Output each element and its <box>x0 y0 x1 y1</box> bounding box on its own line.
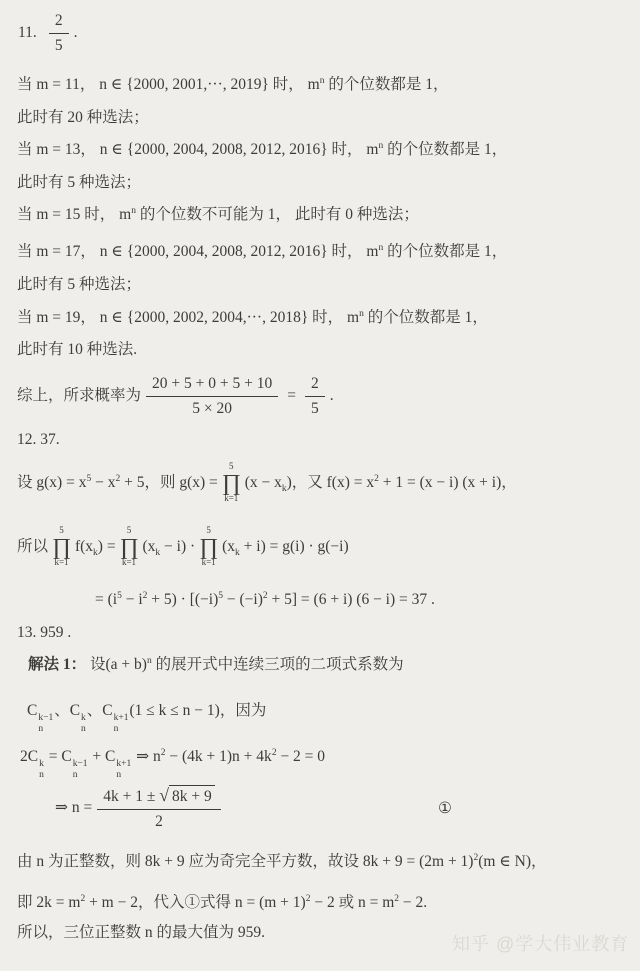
p11-case-m13: 当 m = 13， n ∈ {2000, 2004, 2008, 2012, 2… <box>17 139 507 161</box>
p12-deriv-t2: (xk − i) · <box>143 536 196 558</box>
product-lower-limit: k=1 <box>54 558 68 568</box>
result-denominator: 5 <box>311 397 319 419</box>
prob-denominator: 5 × 20 <box>192 397 232 419</box>
answer-period: . <box>74 22 78 44</box>
problem-13-label: 13. 959 . <box>17 622 71 644</box>
p11-case-m19: 当 m = 19， n ∈ {2000, 2002, 2004,···, 201… <box>17 307 488 329</box>
summary-text: 综上，所求概率为 <box>17 385 141 407</box>
fraction-numerator: 2 <box>49 11 69 34</box>
product-notation: 5 ∏ k=1 <box>52 526 71 568</box>
method-label: 解法 1： <box>28 656 86 673</box>
p12-deriv-t1: f(xk) = <box>75 536 116 558</box>
p11-count-20: 此时有 20 种选法； <box>17 107 149 129</box>
p11-count-5b: 此时有 5 种选法； <box>17 274 141 296</box>
p13-equation-line: 2Ckn = Ck−1n + Ck+1n ⇒ n2 − (4k + 1)n + … <box>20 744 325 781</box>
zhihu-watermark: 知乎 @学大伟业教育 <box>452 930 629 956</box>
square-root-icon: √ <box>159 785 169 805</box>
product-icon: ∏ <box>52 536 71 558</box>
problem-11-label: 11. <box>18 22 37 44</box>
p12-setup-pre: 设 g(x) = x5 − x2 + 5，则 g(x) = <box>17 472 218 494</box>
result-numerator: 2 <box>305 374 325 397</box>
solution-denominator: 2 <box>155 810 163 832</box>
product-icon: ∏ <box>120 536 139 558</box>
prob-numerator: 20 + 5 + 0 + 5 + 10 <box>146 374 278 397</box>
problem-12-label: 12. 37. <box>17 429 60 451</box>
product-icon: ∏ <box>222 472 241 494</box>
product-lower-limit: k=1 <box>202 558 216 568</box>
p12-result-line: = (i5 − i2 + 5) · [(−i)5 − (−i)2 + 5] = … <box>95 589 435 611</box>
p11-count-10: 此时有 10 种选法. <box>17 339 137 361</box>
problem-11-answer: 11. 2 5 . <box>18 10 77 56</box>
product-notation: 5 ∏ k=1 <box>222 462 241 504</box>
product-notation: 5 ∏ k=1 <box>199 526 218 568</box>
product-lower-limit: k=1 <box>224 494 238 504</box>
solution-numerator: 4k + 1 ± √8k + 9 <box>97 785 221 810</box>
p12-setup-line: 设 g(x) = x5 − x2 + 5，则 g(x) = 5 ∏ k=1 (x… <box>17 460 517 506</box>
result-fraction: 2 5 <box>305 374 325 419</box>
p11-case-m11: 当 m = 11， n ∈ {2000, 2001,···, 2019} 时， … <box>17 74 449 96</box>
p12-deriv-pre: 所以 <box>17 536 48 558</box>
radicand: 8k + 9 <box>169 785 215 807</box>
p13-conclusion-line: 所以，三位正整数 n 的最大值为 959. <box>17 922 265 944</box>
p13-substitution-line: 即 2k = m2 + m − 2，代入①式得 n = (m + 1)2 − 2… <box>17 892 427 914</box>
product-notation: 5 ∏ k=1 <box>120 526 139 568</box>
p11-summary: 综上，所求概率为 20 + 5 + 0 + 5 + 10 5 × 20 = 2 … <box>17 372 334 420</box>
solution-fraction: 4k + 1 ± √8k + 9 2 <box>97 785 221 832</box>
p13-solution-pre: ⇒ n = <box>55 797 92 819</box>
p13-quadratic-solution: ⇒ n = 4k + 1 ± √8k + 9 2 <box>55 782 226 834</box>
p11-case-m15: 当 m = 15 时， mn 的个位数不可能为 1， 此时有 0 种选法； <box>17 204 419 226</box>
p11-case-m17: 当 m = 17， n ∈ {2000, 2004, 2008, 2012, 2… <box>17 241 507 263</box>
p11-count-5a: 此时有 5 种选法； <box>17 172 141 194</box>
fraction-denominator: 5 <box>55 34 63 56</box>
product-lower-limit: k=1 <box>122 558 136 568</box>
p12-setup-post: (x − xk)，又 f(x) = x2 + 1 = (x − i) (x + … <box>245 472 517 494</box>
answer-fraction: 2 5 <box>49 11 69 56</box>
p13-integer-condition: 由 n 为正整数，则 8k + 9 应为奇完全平方数，故设 8k + 9 = (… <box>17 851 547 873</box>
solution-document: { "page": { "background": "#efeeeb", "te… <box>0 0 640 971</box>
numerator-text: 4k + 1 ± <box>103 788 155 805</box>
equation-tag-1: ① <box>438 799 452 818</box>
method-text: 设(a + b)n 的展开式中连续三项的二项式系数为 <box>90 656 404 673</box>
p12-derivation-line: 所以 5 ∏ k=1 f(xk) = 5 ∏ k=1 (xk − i) · 5 … <box>17 524 349 570</box>
p13-coefficients-line: Ck−1n、Ckn、Ck+1n(1 ≤ k ≤ n − 1)，因为 <box>27 698 266 735</box>
product-icon: ∏ <box>199 536 218 558</box>
p12-deriv-t3: (xk + i) = g(i) · g(−i) <box>222 536 349 558</box>
equals-sign: = <box>287 385 296 407</box>
probability-fraction: 20 + 5 + 0 + 5 + 10 5 × 20 <box>146 374 278 419</box>
p13-method-line: 解法 1： 设(a + b)n 的展开式中连续三项的二项式系数为 <box>28 654 404 676</box>
summary-period: . <box>330 385 334 407</box>
